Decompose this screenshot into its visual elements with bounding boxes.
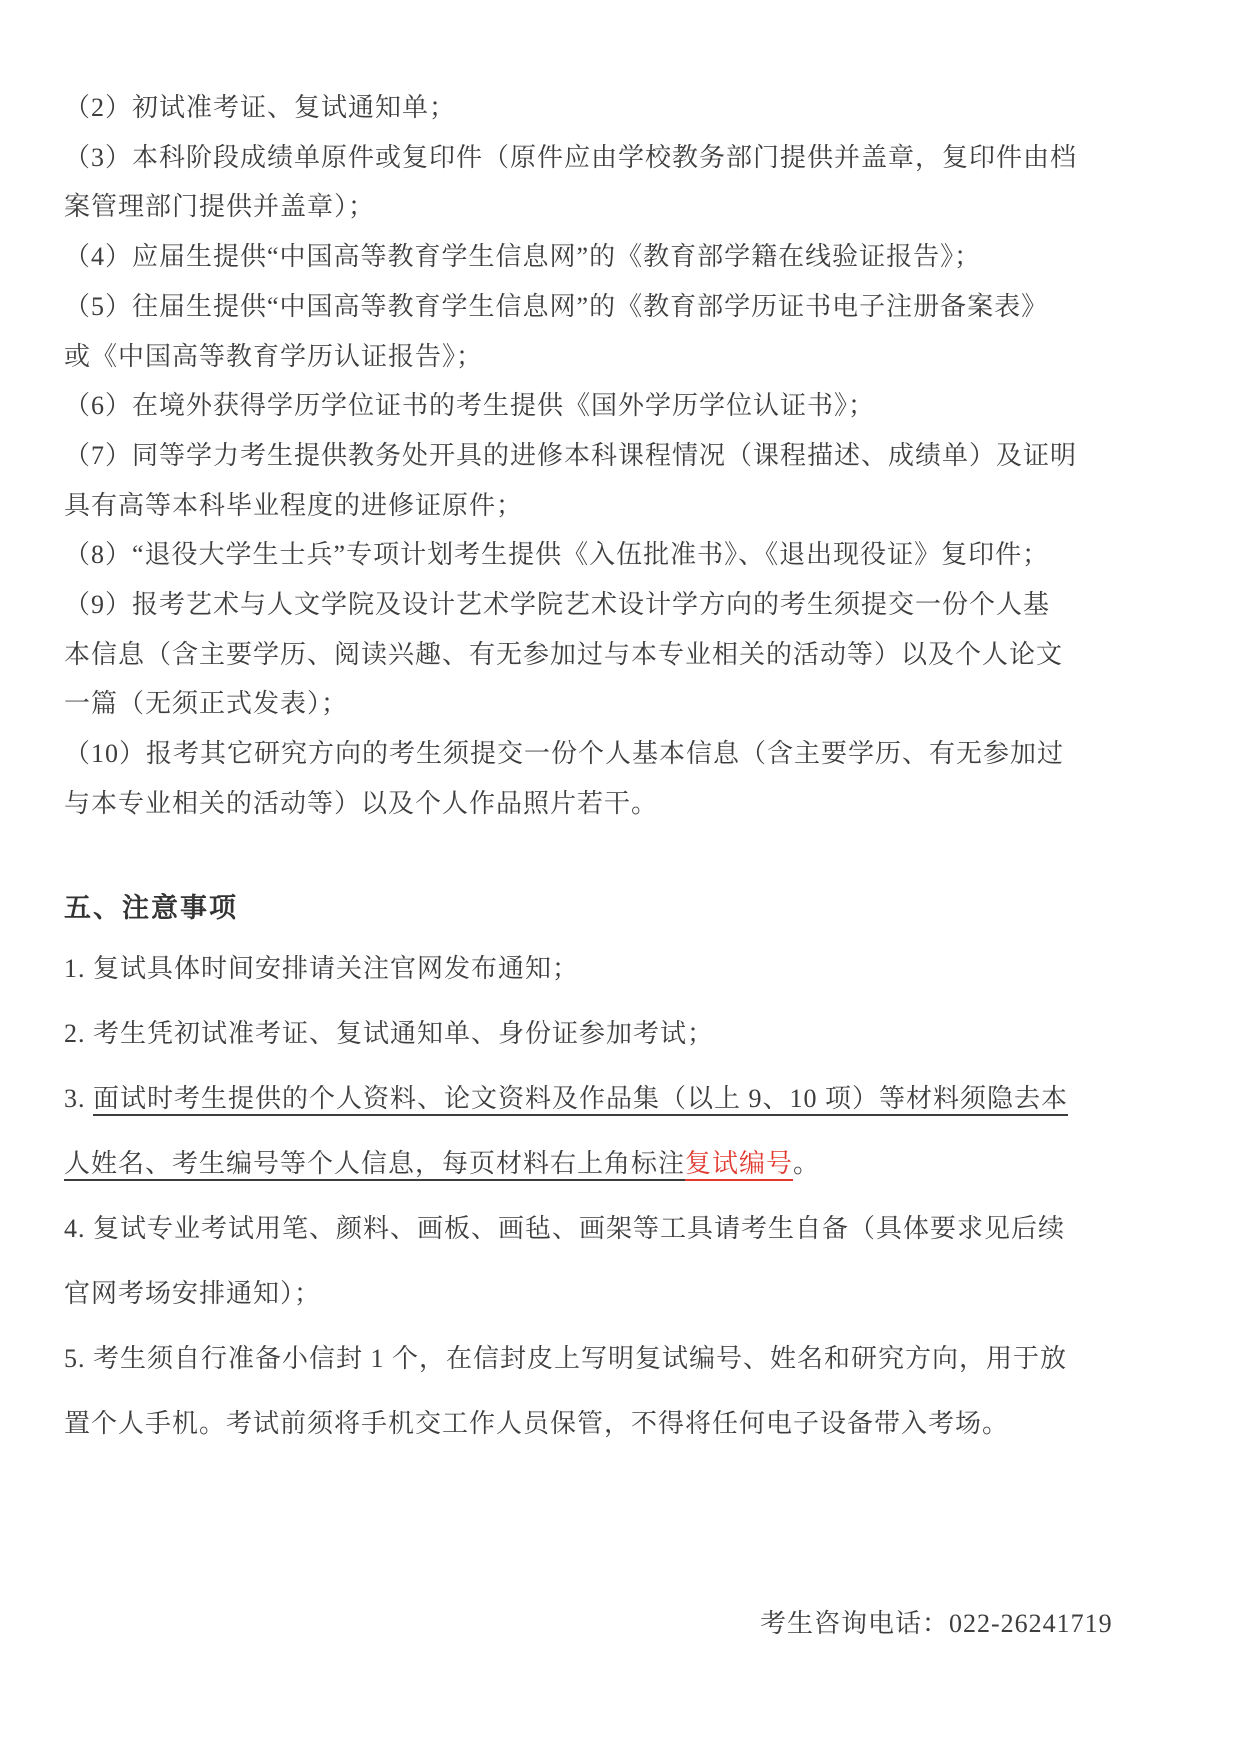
materials-line: （10）报考其它研究方向的考生须提交一份个人基本信息（含主要学历、有无参加过	[64, 729, 1174, 779]
note-3-period: 。	[793, 1149, 820, 1178]
note-item-5-line-2: 置个人手机。考试前须将手机交工作人员保管，不得将任何电子设备带入考场。	[64, 1391, 1174, 1456]
note-3-number: 3.	[64, 1084, 93, 1113]
materials-line: （5）往届生提供“中国高等教育学生信息网”的《教育部学历证书电子注册备案表》	[64, 282, 1174, 332]
note-item-3-line-2: 人姓名、考生编号等个人信息，每页材料右上角标注复试编号。	[64, 1131, 1174, 1196]
materials-list: （2）初试准考证、复试通知单； （3）本科阶段成绩单原件或复印件（原件应由学校教…	[64, 83, 1174, 829]
note-item-3-line-1: 3. 面试时考生提供的个人资料、论文资料及作品集（以上 9、10 项）等材料须隐…	[64, 1066, 1174, 1131]
materials-line: （6）在境外获得学历学位证书的考生提供《国外学历学位认证书》；	[64, 381, 1174, 431]
note-item-5-line-1: 5. 考生须自行准备小信封 1 个，在信封皮上写明复试编号、姓名和研究方向，用于…	[64, 1326, 1174, 1391]
materials-line: （4）应届生提供“中国高等教育学生信息网”的《教育部学籍在线验证报告》；	[64, 232, 1174, 282]
note-item-1: 1. 复试具体时间安排请关注官网发布通知；	[64, 936, 1174, 1001]
document-page: （2）初试准考证、复试通知单； （3）本科阶段成绩单原件或复印件（原件应由学校教…	[0, 0, 1240, 1754]
materials-line: （2）初试准考证、复试通知单；	[64, 83, 1174, 133]
materials-line: 与本专业相关的活动等）以及个人作品照片若干。	[64, 779, 1174, 829]
materials-line: 一篇（无须正式发表）；	[64, 679, 1174, 729]
note-item-4-line-1: 4. 复试专业考试用笔、颜料、画板、画毡、画架等工具请考生自备（具体要求见后续	[64, 1196, 1174, 1261]
note-item-2: 2. 考生凭初试准考证、复试通知单、身份证参加考试；	[64, 1001, 1174, 1066]
contact-phone: 考生咨询电话：022-26241719	[760, 1607, 1113, 1641]
notes-section-heading: 五、注意事项	[64, 883, 238, 933]
note-item-4-line-2: 官网考场安排通知）；	[64, 1261, 1174, 1326]
materials-line: 或《中国高等教育学历认证报告》；	[64, 332, 1174, 382]
materials-line: 本信息（含主要学历、阅读兴趣、有无参加过与本专业相关的活动等）以及个人论文	[64, 630, 1174, 680]
materials-line: （8）“退役大学生士兵”专项计划考生提供《入伍批准书》、《退出现役证》复印件；	[64, 530, 1174, 580]
materials-line: （7）同等学力考生提供教务处开具的进修本科课程情况（课程描述、成绩单）及证明	[64, 431, 1174, 481]
note-3-underlined-text: 人姓名、考生编号等个人信息，每页材料右上角标注	[64, 1149, 685, 1178]
materials-line: （9）报考艺术与人文学院及设计艺术学院艺术设计学方向的考生须提交一份个人基	[64, 580, 1174, 630]
materials-line: 具有高等本科毕业程度的进修证原件；	[64, 481, 1174, 531]
materials-line: （3）本科阶段成绩单原件或复印件（原件应由学校教务部门提供并盖章，复印件由档	[64, 133, 1174, 183]
note-3-red-highlight: 复试编号	[685, 1149, 793, 1178]
materials-line: 案管理部门提供并盖章）；	[64, 182, 1174, 232]
notes-list: 1. 复试具体时间安排请关注官网发布通知； 2. 考生凭初试准考证、复试通知单、…	[64, 936, 1174, 1456]
note-3-underlined-text: 面试时考生提供的个人资料、论文资料及作品集（以上 9、10 项）等材料须隐去本	[93, 1084, 1068, 1113]
